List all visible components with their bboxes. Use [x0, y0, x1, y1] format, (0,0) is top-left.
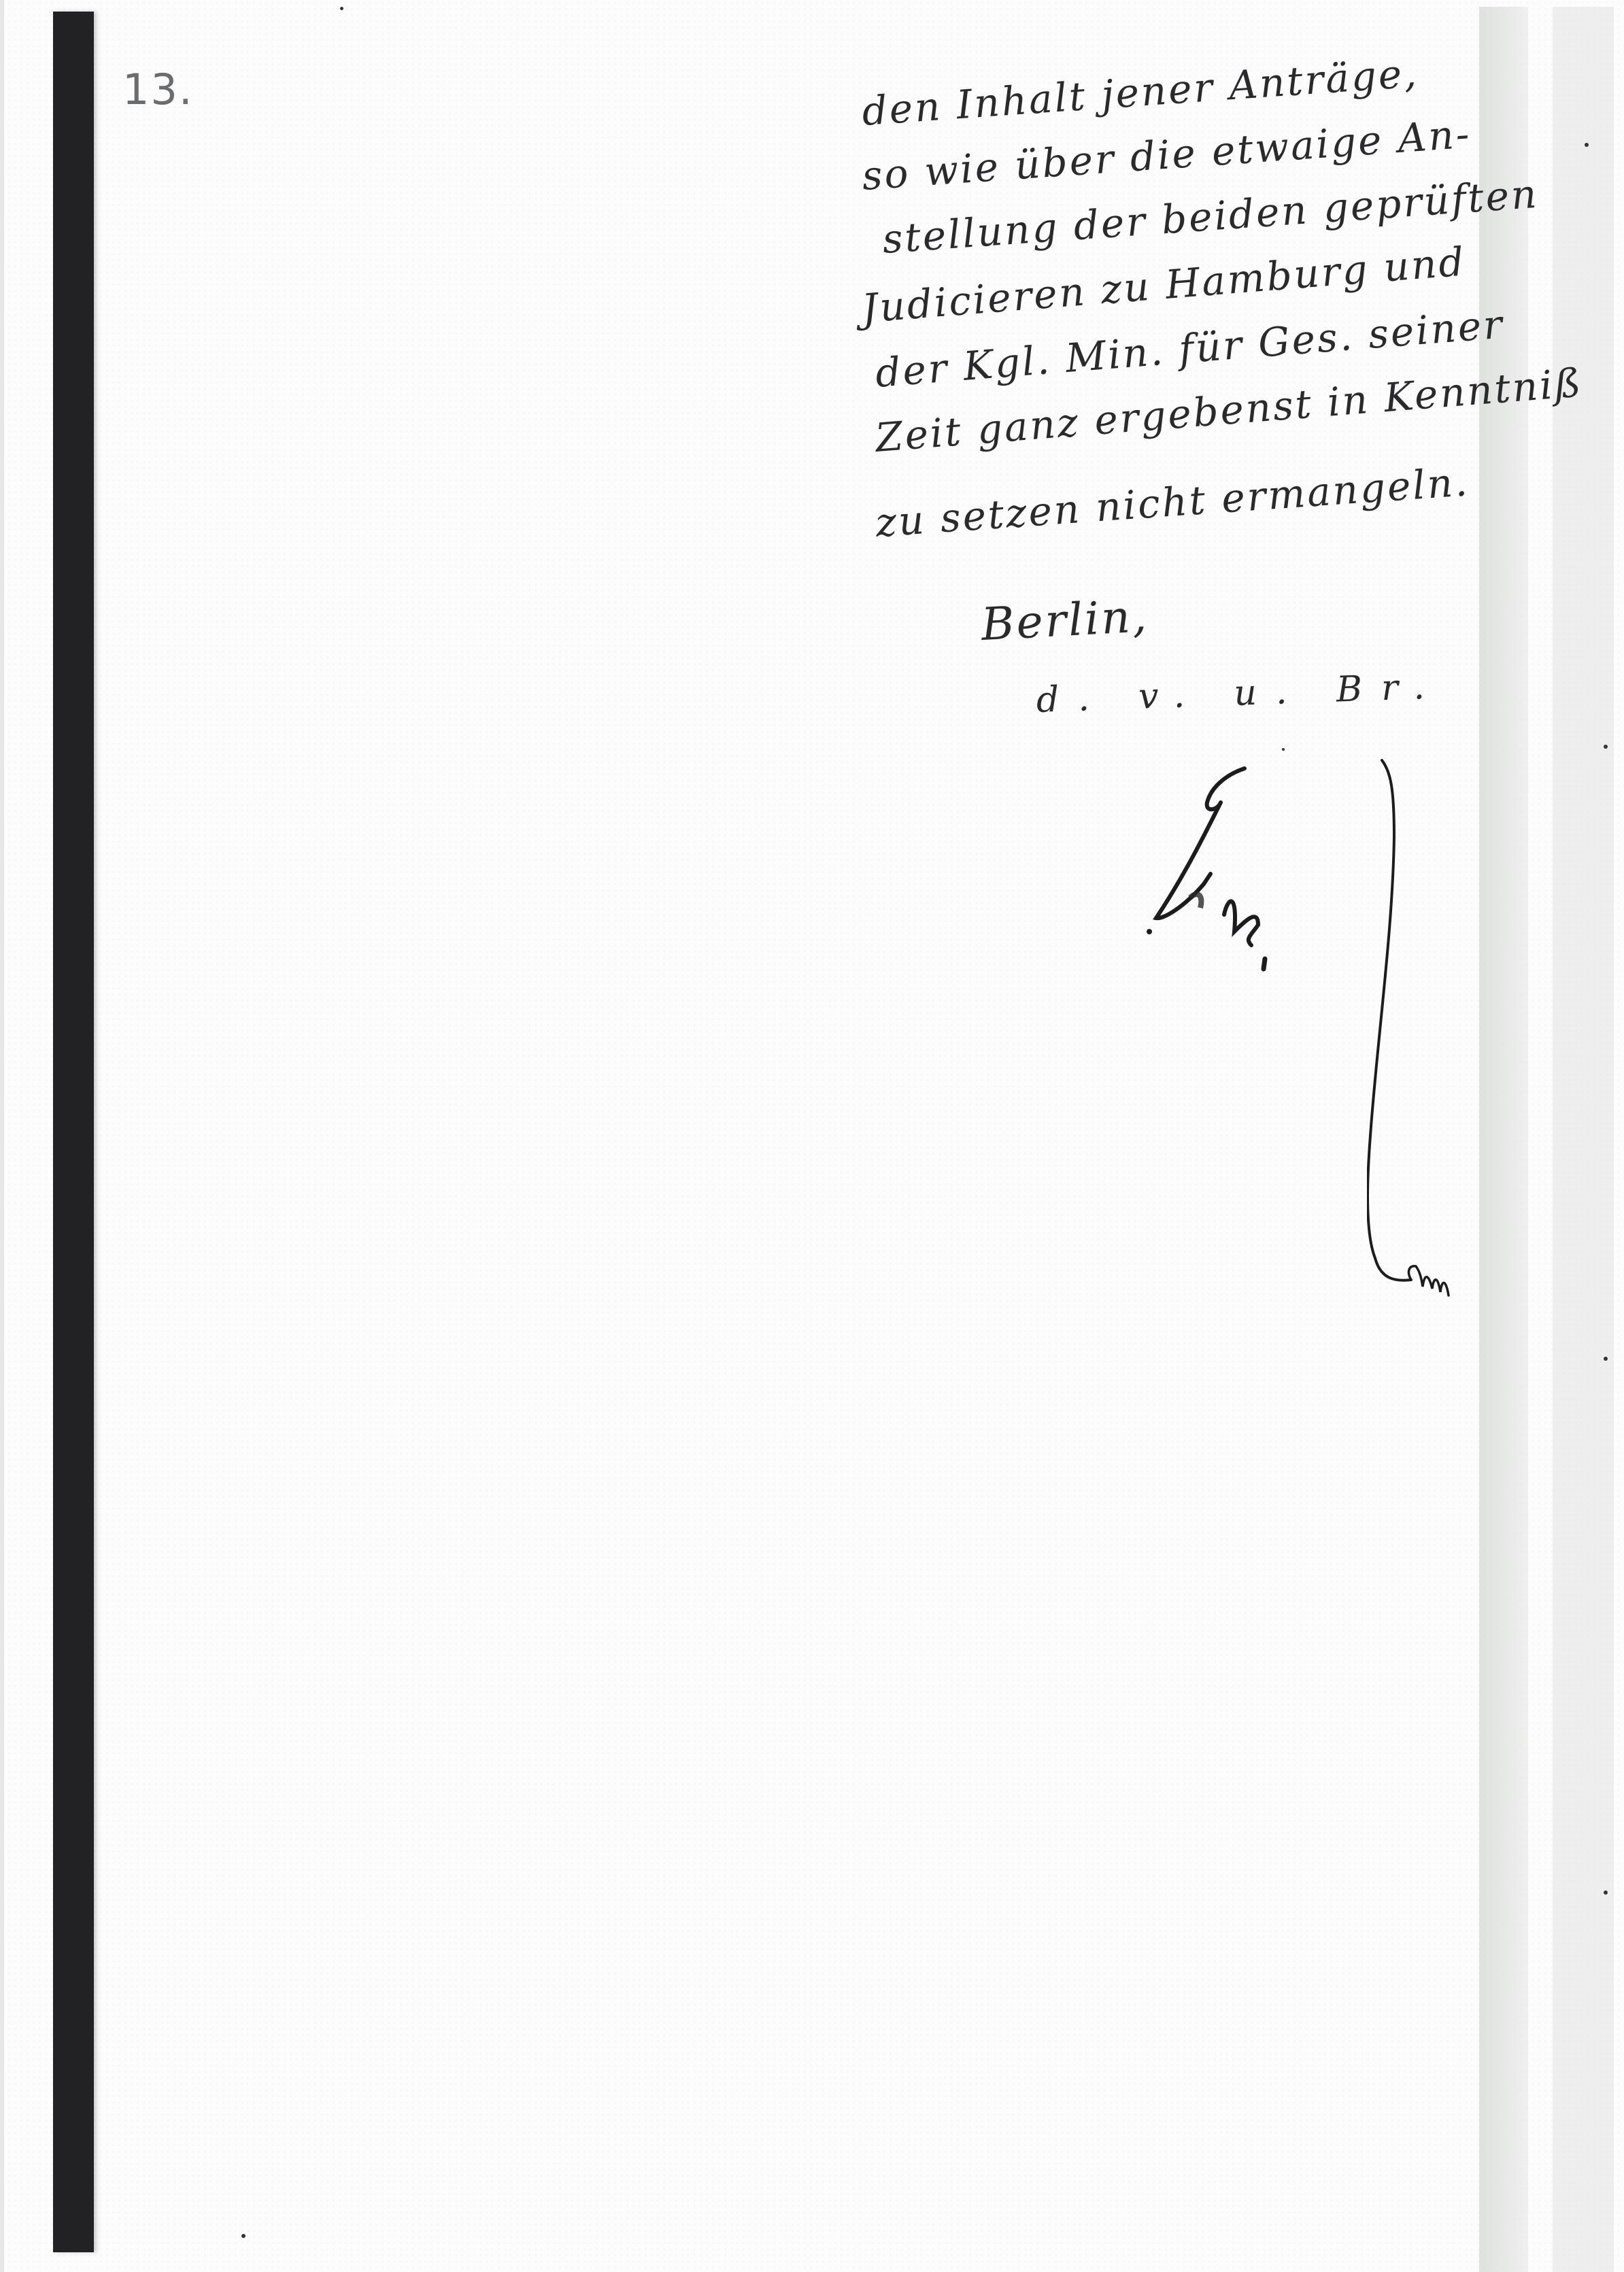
handwritten-line: zu setzen nicht ermangeln.	[874, 458, 1470, 546]
folio-number: 13.	[122, 65, 194, 114]
bracket-flourish	[1367, 755, 1503, 1312]
speck	[1585, 143, 1589, 147]
speck	[241, 2234, 246, 2238]
date-line: d. v. u. Br.	[1036, 666, 1444, 721]
speck	[340, 7, 343, 10]
speck	[1604, 745, 1608, 749]
speck	[1604, 1890, 1608, 1895]
signature	[1143, 762, 1347, 986]
speck	[1282, 748, 1285, 751]
binding-bar	[53, 12, 94, 2252]
place-line: Berlin,	[980, 590, 1150, 651]
speck	[1604, 1357, 1608, 1361]
scan-edge	[0, 0, 4, 2272]
scan-shadow-band	[1553, 7, 1614, 2272]
